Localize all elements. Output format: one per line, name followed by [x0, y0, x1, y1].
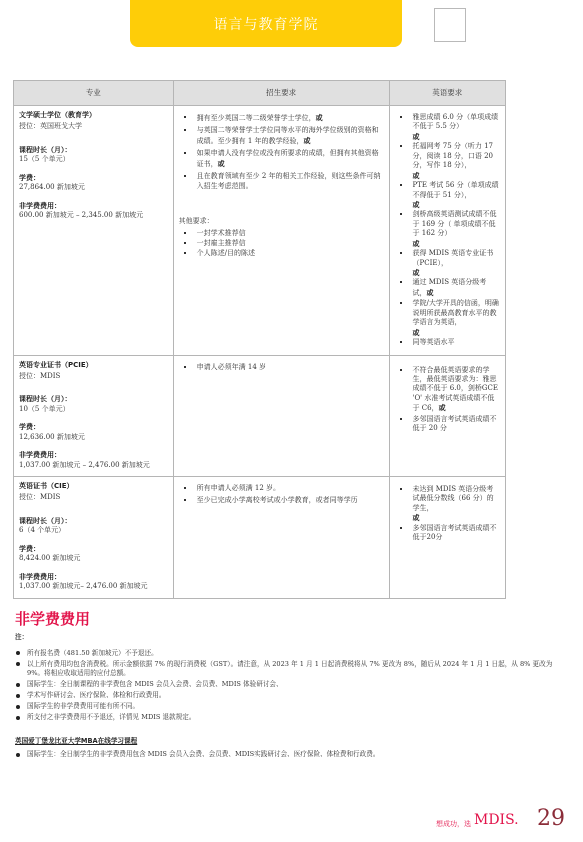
- header-square-box: [434, 8, 466, 42]
- column-header-program: 专业: [14, 81, 174, 106]
- page-title: 语言与教育学院: [214, 14, 319, 34]
- list-item: 获得 MDIS 英语专业证书 （PCIE），或: [413, 249, 500, 277]
- awarded-by: 授位：英国班戈大学: [19, 122, 168, 131]
- table-row: 文学硕士学位（教育学） 授位：英国班戈大学 课程时长（月）： 15（5 个单元）…: [14, 106, 506, 356]
- table-header-row: 专业 招生要求 英语要求: [14, 81, 506, 106]
- admission-list: 拥有至少英国二等二级荣誉学士学位，或 与英国二等荣誉学士学位同等水平的海外学位级…: [179, 113, 384, 191]
- fee-notes: 注： 所有报名费（481.50 新加坡元）不予退还。 以上所有费用均包含消费税。…: [15, 633, 570, 761]
- english-cell: 未达到 MDIS 英语分级考试最低分数线（66 分）的学生，或 多邻国语言考试英…: [389, 477, 505, 599]
- table-row: 英语证书（CIE） 授位：MDIS 课程时长（月）： 6（4 个单元） 学费： …: [14, 477, 506, 599]
- list-item: 未达到 MDIS 英语分级考试最低分数线（66 分）的学生，或: [413, 485, 500, 523]
- list-item: 一封雇主推荐信: [197, 239, 384, 248]
- page-number: 29: [537, 806, 565, 831]
- list-item: 所有报名费（481.50 新加坡元）不予退还。: [27, 649, 570, 659]
- tuition-label: 学费：: [19, 174, 168, 183]
- tuition-value: 12,636.00 新加坡元: [19, 433, 168, 442]
- list-item: 不符合最低英语要求的学生，最低英语要求为：雅思成绩不低于 6.0，剑桥GCE '…: [413, 366, 500, 414]
- list-item: 以上所有费用均包含消费税。所示金额依据 7% 的现行消费税（GST）。请注意，从…: [27, 660, 570, 679]
- list-item: 国际学生的非学费费用可能有所不同。: [27, 702, 570, 712]
- program-name: 英语专业证书（PCIE）: [19, 361, 168, 370]
- list-item: 雅思成绩 6.0 分（单项成绩不低于 5.5 分）或: [413, 113, 500, 141]
- duration-value: 6（4 个单元）: [19, 526, 168, 535]
- notes-list: 所有报名费（481.50 新加坡元）不予退还。 以上所有费用均包含消费税。所示金…: [15, 649, 570, 723]
- mba-program-title: 英国爱丁堡龙比亚大学MBA在线学习课程: [15, 737, 570, 747]
- tuition-value: 8,424.00 新加坡元: [19, 554, 168, 563]
- other-requirements-label: 其他要求：: [179, 217, 384, 226]
- admission-cell: 拥有至少英国二等二级荣誉学士学位，或 与英国二等荣誉学士学位同等水平的海外学位级…: [173, 106, 389, 356]
- other-requirements-list: 一封学术推荐信 一封雇主推荐信 个人陈述/目的陈述: [179, 229, 384, 259]
- list-item: 通过 MDIS 英语分级考试，或: [413, 278, 500, 298]
- awarded-by: 授位：MDIS: [19, 493, 168, 502]
- list-item: 国际学生：全日制课程的非学费包含 MDIS 会员入会费、会员费、MDIS 体验研…: [27, 680, 570, 690]
- program-name: 文学硕士学位（教育学）: [19, 111, 168, 120]
- list-item: 如果申请人没有学位或没有所要求的成绩，但拥有其他资格证书，或: [197, 149, 384, 169]
- english-cell: 不符合最低英语要求的学生，最低英语要求为：雅思成绩不低于 6.0，剑桥GCE '…: [389, 355, 505, 477]
- admission-list: 所有申请人必须满 12 岁。 至少已完成小学离校考试或小学教育，或者同等学历: [179, 484, 384, 506]
- list-item: 剑桥高级英语测试成绩不低于 169 分（ 单项成绩不低于 162 分）或: [413, 210, 500, 248]
- english-requirements-list: 未达到 MDIS 英语分级考试最低分数线（66 分）的学生，或 多邻国语言考试英…: [395, 485, 500, 543]
- list-item: 多邻国语言考试英语成绩不低于 20 分: [413, 415, 500, 434]
- section-title-nontuition-fees: 非学费费用: [15, 608, 90, 629]
- list-item: 托福网考 75 分（听力 17 分，阅读 18 分，口语 20 分，写作 18 …: [413, 142, 500, 180]
- tuition-value: 27,864.00 新加坡元: [19, 183, 168, 192]
- program-cell: 英语专业证书（PCIE） 授位：MDIS 课程时长（月）： 10（5 个单元） …: [14, 355, 174, 477]
- notes-label: 注：: [15, 633, 570, 643]
- admission-cell: 所有申请人必须满 12 岁。 至少已完成小学离校考试或小学教育，或者同等学历: [173, 477, 389, 599]
- program-cell: 文学硕士学位（教育学） 授位：英国班戈大学 课程时长（月）： 15（5 个单元）…: [14, 106, 174, 356]
- admission-list: 申请人必须年满 14 岁: [179, 363, 384, 372]
- list-item: 至少已完成小学离校考试或小学教育，或者同等学历: [197, 496, 384, 505]
- table-row: 英语专业证书（PCIE） 授位：MDIS 课程时长（月）： 10（5 个单元） …: [14, 355, 506, 477]
- list-item: 同等英语水平: [413, 338, 500, 347]
- header-banner: 语言与教育学院: [130, 0, 402, 47]
- nontuition-value: 600.00 新加坡元 – 2,345.00 新加坡元: [19, 211, 168, 220]
- duration-value: 10（5 个单元）: [19, 405, 168, 414]
- programs-table: 专业 招生要求 英语要求 文学硕士学位（教育学） 授位：英国班戈大学 课程时长（…: [13, 80, 506, 599]
- duration-label: 课程时长（月）：: [19, 395, 168, 404]
- nontuition-value: 1,037.00 新加坡元– 2,476.00 新加坡元: [19, 582, 168, 591]
- list-item: 与英国二等荣誉学士学位同等水平的海外学位级别的资格和成绩。至少拥有 1 年的教学…: [197, 126, 384, 146]
- nontuition-label: 非学费费用：: [19, 573, 168, 582]
- column-header-english: 英语要求: [389, 81, 505, 106]
- list-item: 学院/大学开具的信函，明确说明所获最高教育水平的教学语言为英语，或: [413, 299, 500, 337]
- duration-value: 15（5 个单元）: [19, 155, 168, 164]
- footer-brand-logo: MDIS.: [474, 812, 519, 828]
- footer-slogan: 想成功，选: [436, 819, 471, 829]
- program-cell: 英语证书（CIE） 授位：MDIS 课程时长（月）： 6（4 个单元） 学费： …: [14, 477, 174, 599]
- english-cell: 雅思成绩 6.0 分（单项成绩不低于 5.5 分）或 托福网考 75 分（听力 …: [389, 106, 505, 356]
- list-item: 多邻国语言考试英语成绩不低于20分: [413, 524, 500, 543]
- nontuition-label: 非学费费用：: [19, 451, 168, 460]
- admission-cell: 申请人必须年满 14 岁: [173, 355, 389, 477]
- list-item: 国际学生：全日制学生的非学费费用包含 MDIS 会员入会费、会员费、MDIS实践…: [27, 750, 570, 760]
- tuition-label: 学费：: [19, 423, 168, 432]
- tuition-label: 学费：: [19, 545, 168, 554]
- program-name: 英语证书（CIE）: [19, 482, 168, 491]
- list-item: 拥有至少英国二等二级荣誉学士学位，或: [197, 113, 384, 123]
- list-item: 一封学术推荐信: [197, 229, 384, 238]
- column-header-admission: 招生要求: [173, 81, 389, 106]
- nontuition-label: 非学费费用：: [19, 202, 168, 211]
- list-item: 学术写作研讨会、医疗保险、体检和行政费用。: [27, 691, 570, 701]
- mba-notes-list: 国际学生：全日制学生的非学费费用包含 MDIS 会员入会费、会员费、MDIS实践…: [15, 750, 570, 760]
- duration-label: 课程时长（月）：: [19, 146, 168, 155]
- awarded-by: 授位：MDIS: [19, 372, 168, 381]
- english-requirements-list: 雅思成绩 6.0 分（单项成绩不低于 5.5 分）或 托福网考 75 分（听力 …: [395, 113, 500, 348]
- list-item: 所有申请人必须满 12 岁。: [197, 484, 384, 493]
- duration-label: 课程时长（月）：: [19, 517, 168, 526]
- english-requirements-list: 不符合最低英语要求的学生，最低英语要求为：雅思成绩不低于 6.0，剑桥GCE '…: [395, 366, 500, 434]
- list-item: 个人陈述/目的陈述: [197, 249, 384, 258]
- list-item: 且在教育领域有至少 2 年的相关工作经验，则这些条件可纳入招生考虑范围。: [197, 172, 384, 191]
- list-item: PTE 考试 56 分（单项成绩不得低于 51 分），或: [413, 181, 500, 209]
- nontuition-value: 1,037.00 新加坡元 – 2,476.00 新加坡元: [19, 461, 168, 470]
- list-item: 所支付之非学费费用不予退还，详情见 MDIS 退款规定。: [27, 713, 570, 723]
- list-item: 申请人必须年满 14 岁: [197, 363, 384, 372]
